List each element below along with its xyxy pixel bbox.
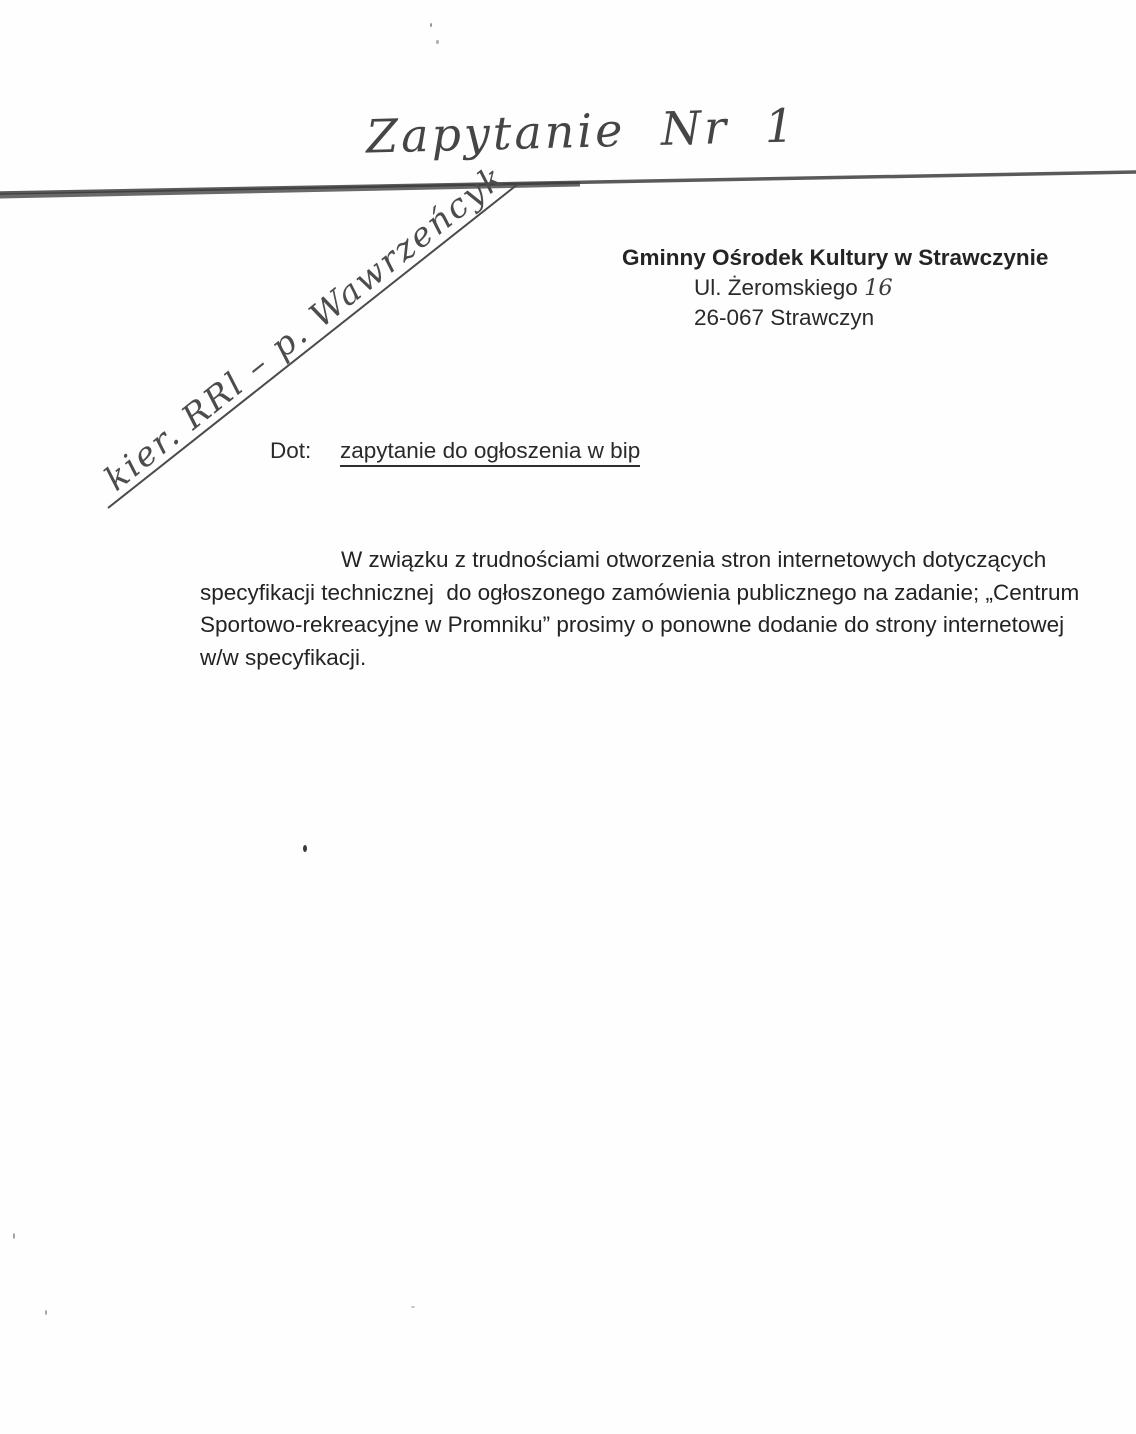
- recipient-street-name: Ul. Żeromskiego: [694, 275, 858, 300]
- letter-body: W związku z trudnościami otworzenia stro…: [200, 544, 1136, 674]
- subject-line: Dot: zapytanie do ogłoszenia w bip: [270, 438, 640, 467]
- body-line-4: w/w specyfikacji.: [200, 642, 1136, 675]
- scan-speck: [45, 1310, 47, 1315]
- scan-fold-line: [0, 172, 1136, 193]
- subject-text: zapytanie do ogłoszenia w bip: [340, 438, 640, 467]
- recipient-street: Ul. Żeromskiego 16: [622, 273, 1048, 303]
- body-line-2: specyfikacji technicznej do ogłoszonego …: [200, 577, 1136, 610]
- scan-speck: [303, 845, 307, 852]
- scan-speck: [436, 40, 439, 44]
- body-line-1: W związku z trudnościami otworzenia stro…: [200, 544, 1136, 577]
- handwritten-title: Zapytanie Nr 1: [365, 98, 797, 163]
- recipient-city: 26-067 Strawczyn: [622, 303, 1048, 333]
- scan-fold-line-dark-left: [0, 184, 580, 196]
- subject-label: Dot:: [270, 438, 340, 467]
- scanned-letter-page: Zapytanie Nr 1 kier. RRl – p. Wawrzeńcyk…: [0, 0, 1136, 1434]
- recipient-address-block: Gminny Ośrodek Kultury w Strawczynie Ul.…: [622, 243, 1048, 333]
- scan-speck: [430, 23, 432, 27]
- body-line-3: Sportowo-rekreacyjne w Promniku” prosimy…: [200, 609, 1136, 642]
- recipient-organization: Gminny Ośrodek Kultury w Strawczynie: [622, 243, 1048, 273]
- scan-speck: [411, 1306, 415, 1308]
- scan-speck: [13, 1233, 15, 1239]
- recipient-street-number: 16: [864, 275, 893, 301]
